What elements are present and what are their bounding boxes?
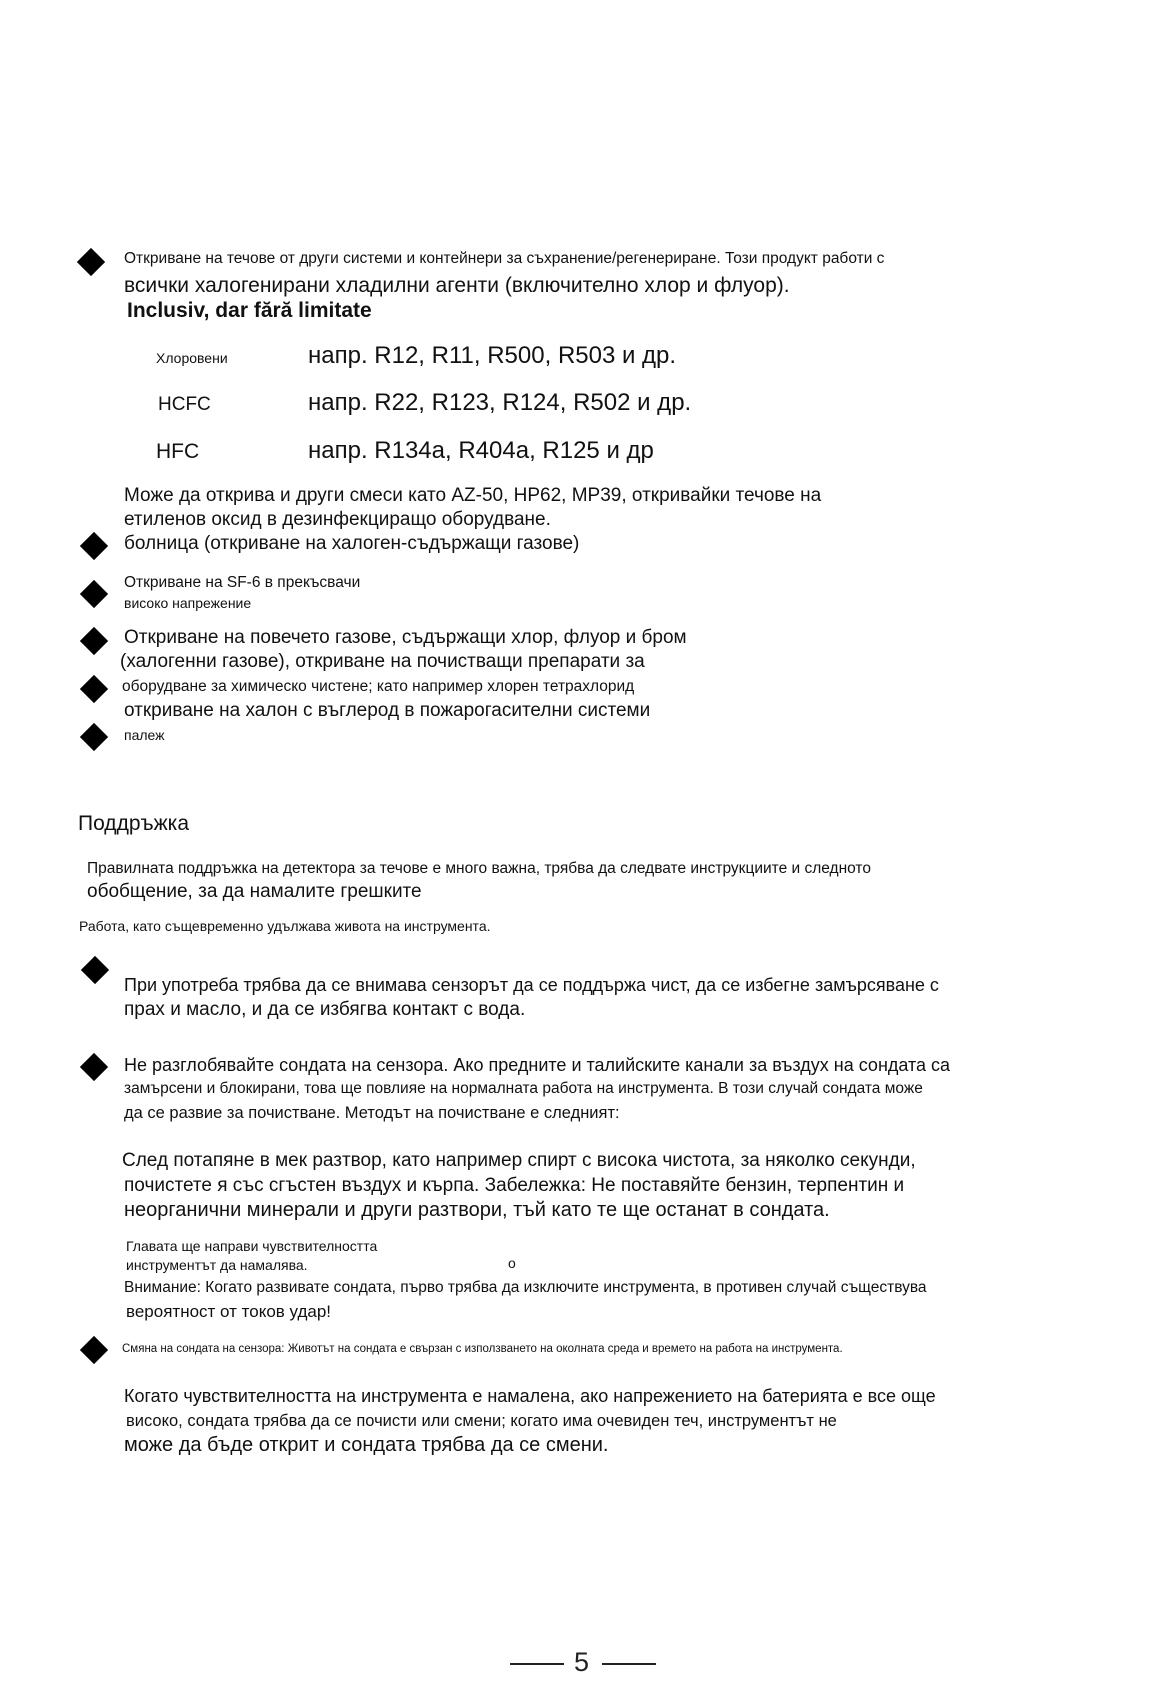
gases-line-3: оборудване за химическо чистене; като на… <box>122 678 634 696</box>
maintenance-item2-line-2: замърсени и блокирани, това ще повлияе н… <box>124 1080 923 1098</box>
bullet-diamond-icon <box>80 1336 108 1364</box>
replace-line-2: високо, сондата трябва да се почисти или… <box>126 1412 837 1431</box>
other-mixes-line-2: етиленов оксид в дезинфекциращо оборудва… <box>124 509 551 531</box>
sf6-line-1: Откриване на SF-6 в прекъсвачи <box>124 574 360 592</box>
page-number-rule-left <box>510 1663 564 1665</box>
sensitivity-line-1: Главата ще направи чувствителността <box>126 1238 377 1254</box>
replace-line-3: може да бъде открит и сондата трябва да … <box>124 1434 609 1457</box>
cleaning-line-2: почистете я със сгъстен въздух и кърпа. … <box>124 1175 904 1197</box>
intro-line-1: Откриване на течове от други системи и к… <box>124 250 884 268</box>
gases-line-4: откриване на халон с въглерод в пожарога… <box>124 700 650 722</box>
page-number-rule-right <box>602 1663 656 1665</box>
warning-line-2: вероятност от токов удар! <box>126 1302 331 1322</box>
bullet-diamond-icon <box>80 627 108 655</box>
gases-line-1: Откриване на повечето газове, съдържащи … <box>124 627 687 649</box>
maintenance-heading: Поддръжка <box>78 812 189 836</box>
other-mixes-line-3: болница (откриване на халоген-съдържащи … <box>124 533 579 555</box>
cleaning-line-1: След потапяне в мек разтвор, като наприм… <box>122 1150 916 1172</box>
maintenance-item1-line-2: прах и масло, и да се избягва контакт с … <box>124 999 525 1021</box>
bullet-diamond-icon <box>80 723 108 751</box>
maintenance-intro-3: Работа, като същевременно удължава живот… <box>79 918 491 934</box>
sensitivity-line-2: инструментът да намалява. <box>126 1257 308 1273</box>
replace-line-1: Когато чувствителността на инструмента е… <box>124 1386 936 1407</box>
page-number: 5 <box>574 1647 589 1678</box>
sensitivity-mark: o <box>508 1255 516 1271</box>
warning-line-1: Внимание: Когато развивате сондата, първ… <box>124 1279 927 1297</box>
sf6-line-2: високо напрежение <box>124 595 251 611</box>
refrigerant-type: HFC <box>156 440 199 464</box>
maintenance-intro-2: обобщение, за да намалите грешките <box>87 881 422 903</box>
cleaning-line-3: неорганични минерали и други разтвори, т… <box>124 1199 830 1222</box>
maintenance-item2-line-1: Не разглобявайте сондата на сензора. Ако… <box>124 1055 950 1076</box>
other-mixes-line-1: Може да открива и други смеси като AZ-50… <box>124 485 821 507</box>
maintenance-item3-line-1: Смяна на сондата на сензора: Животът на … <box>122 1343 843 1355</box>
bullet-diamond-icon <box>81 956 109 984</box>
maintenance-item2-line-3: да се развие за почистване. Методът на п… <box>124 1104 620 1123</box>
maintenance-intro-1: Правилната поддръжка на детектора за теч… <box>87 860 871 878</box>
bullet-diamond-icon <box>80 1053 108 1081</box>
bullet-diamond-icon <box>80 580 108 608</box>
refrigerant-type: HCFC <box>158 394 211 416</box>
refrigerant-examples: напр. R12, R11, R500, R503 и др. <box>308 342 676 370</box>
refrigerant-examples: напр. R22, R123, R124, R502 и др. <box>308 389 691 417</box>
intro-line-2: всички халогенирани хладилни агенти (вкл… <box>124 274 790 298</box>
gases-line-5: палеж <box>124 727 165 743</box>
refrigerant-examples: напр. R134a, R404a, R125 и др <box>308 437 654 465</box>
refrigerant-type: Хлоровени <box>156 350 228 366</box>
bullet-diamond-icon <box>77 248 105 276</box>
gases-line-2: (халогенни газове), откриване на почиств… <box>120 651 645 673</box>
maintenance-item1-line-1: При употреба трябва да се внимава сензор… <box>124 975 939 996</box>
intro-line-3: Inclusiv, dar fără limitate <box>127 299 372 323</box>
bullet-diamond-icon <box>80 532 108 560</box>
bullet-diamond-icon <box>80 675 108 703</box>
